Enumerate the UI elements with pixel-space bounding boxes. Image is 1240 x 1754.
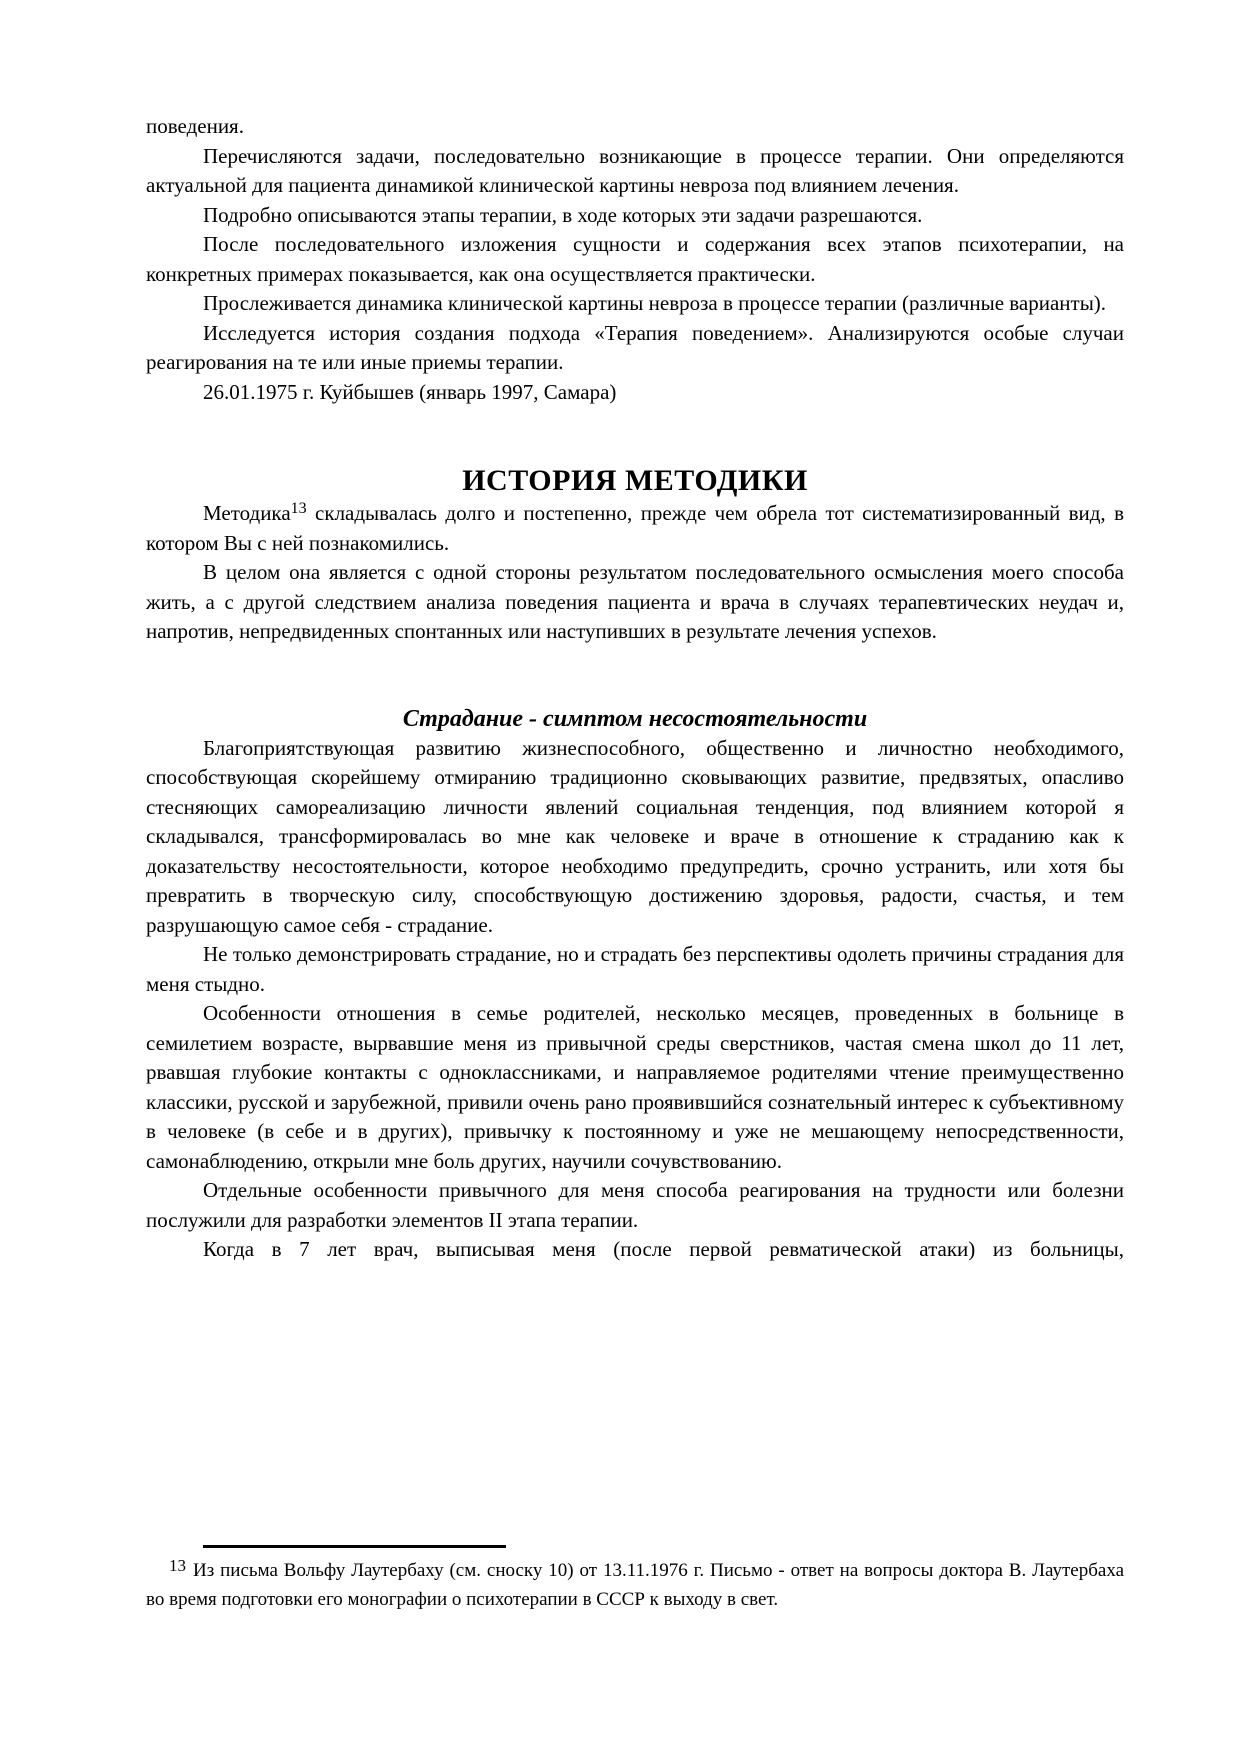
footnote-body: Из письма Вольфу Лаутербаху (см. сноску …: [146, 1560, 1124, 1610]
paragraph-social-tendency: Благоприятствующая развитию жизнеспособн…: [146, 734, 1124, 941]
paragraph-dynamics: Прослеживается динамика клинической карт…: [146, 289, 1124, 319]
footnote-separator-rule: [203, 1545, 506, 1548]
date-line: 26.01.1975 г. Куйбышев (январь 1997, Сам…: [146, 378, 1124, 408]
paragraph-method-result: В целом она является с одной стороны рез…: [146, 558, 1124, 647]
paragraph-suffering-shame: Не только демонстрировать страдание, но …: [146, 940, 1124, 999]
paragraph-reaction-features: Отдельные особенности привычного для мен…: [146, 1176, 1124, 1235]
section-title: ИСТОРИЯ МЕТОДИКИ: [146, 463, 1124, 499]
document-page: поведения. Перечисляются задачи, последо…: [0, 0, 1240, 1754]
footnote-text: 13Из письма Вольфу Лаутербаху (см. сноск…: [146, 1556, 1124, 1614]
footnote-area: 13Из письма Вольфу Лаутербаху (см. сноск…: [146, 1545, 1124, 1614]
footnote-reference-13: 13: [291, 500, 307, 517]
paragraph-history-research: Исследуется история создания подхода «Те…: [146, 319, 1124, 378]
paragraph-doctor-discharge: Когда в 7 лет врач, выписывая меня (посл…: [146, 1235, 1124, 1265]
page-content: поведения. Перечисляются задачи, последо…: [146, 112, 1124, 1265]
paragraph-tasks: Перечисляются задачи, последовательно во…: [146, 142, 1124, 201]
paragraph-stages: Подробно описываются этапы терапии, в хо…: [146, 201, 1124, 231]
paragraph-exposition: После последовательного изложения сущнос…: [146, 230, 1124, 289]
paragraph-family-features: Особенности отношения в семье родителей,…: [146, 999, 1124, 1176]
paragraph-method-origin: Методика13 складывалась долго и постепен…: [146, 499, 1124, 558]
paragraph-continuation: поведения.: [146, 112, 1124, 142]
footnote-marker: 13: [169, 1556, 193, 1575]
method-text-before: Методика: [203, 501, 291, 525]
subsection-title: Страдание - симптом несостоятельности: [146, 704, 1124, 734]
